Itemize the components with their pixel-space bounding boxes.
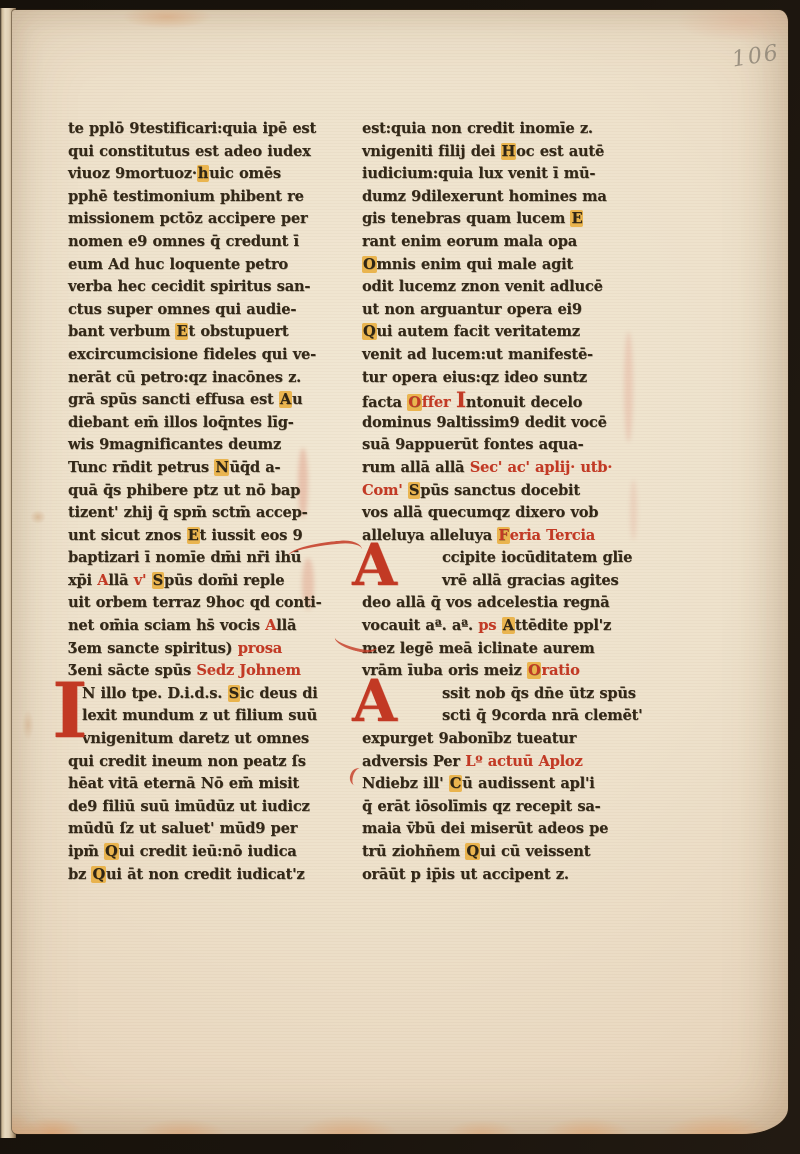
manuscript-page: 106 Ite pplō 9testificari:quia ipē estqu… <box>12 10 788 1134</box>
text-line: net om̄ia sciam hs̄ vocis Allā <box>68 615 328 638</box>
highlighted-capital: S <box>408 482 420 499</box>
text-segment: pūs sanctus docebit <box>420 482 580 499</box>
text-segment: ctus super omnes qui audie- <box>68 301 296 318</box>
highlighted-capital: h <box>197 165 209 182</box>
text-line: lexit mundum z ut filium suū <box>68 705 328 728</box>
text-line: baptizari ī nomīe dm̄i nr̄i ihū <box>68 547 328 570</box>
text-line: nomen e9 omnes q̄ credunt ī <box>68 231 328 254</box>
highlighted-rubric-capital: O <box>407 394 422 411</box>
text-segment: tur opera eius:qz ideo suntz <box>362 369 587 386</box>
text-line: vrām īuba oris meiz Oratio <box>362 660 638 683</box>
text-line: Tunc rn̄dit petrus Nūq̄d a- <box>68 457 328 480</box>
text-segment: vocauit aª. aª. <box>362 617 478 634</box>
rubric-text: ffer <box>422 394 456 411</box>
text-line: trū ziohn̄em Qui cū veissent <box>362 841 638 864</box>
rubric-text: ps <box>478 617 501 634</box>
text-line: viuoz 9mortuoz·huic omēs <box>68 163 328 186</box>
text-segment: quā q̄s phibere ptz ut nō bap <box>68 482 300 499</box>
text-segment: net om̄ia sciam hs̄ vocis <box>68 617 265 634</box>
text-segment: Ʒem sancte spiritus) <box>68 640 238 657</box>
text-line: quā q̄s phibere ptz ut nō bap <box>68 480 328 503</box>
highlighted-capital: O <box>362 256 377 273</box>
text-segment: baptizari ī nomīe dm̄i nr̄i ihū <box>68 549 301 566</box>
text-segment: mnis enim qui male agit <box>377 256 573 273</box>
text-line: N illo tpe. D.i.d.s. Sic deus di <box>68 683 328 706</box>
rubric-text: eria Tercia <box>510 527 595 544</box>
text-segment: tizent' zhij q̄ spm̄ sctm̄ accep- <box>68 504 307 521</box>
text-segment: Ʒeni sācte spūs <box>68 662 196 679</box>
rubric-text: A <box>97 572 108 589</box>
text-segment: vnigeniti filij dei <box>362 143 501 160</box>
highlighted-capital: C <box>449 775 462 792</box>
text-line: suā 9appuerūt fontes aqua- <box>362 434 638 457</box>
text-line: Ʒeni sācte spūs Sedz Johnem <box>68 660 328 683</box>
text-line: pphē testimonium phibent re <box>68 186 328 209</box>
scanned-manuscript-photo: { "page": { "folio_number": "106", "back… <box>0 0 800 1154</box>
text-segment: uic omēs <box>209 165 281 182</box>
text-line: mūdū ſz ut saluet' mūd9 per <box>68 818 328 841</box>
rubric-text: prosa <box>238 640 282 657</box>
text-line: diebant em̄ illos loq̄ntes līg- <box>68 412 328 435</box>
text-line: te pplō 9testificari:quia ipē est <box>68 118 328 141</box>
text-line: qui credit ineum non peatz ſs <box>68 751 328 774</box>
text-line: ut non arguantur opera ei9 <box>362 299 638 322</box>
text-segment: dominus 9altissim9 dedit vocē <box>362 414 607 431</box>
text-line: eum Ad huc loquente petro <box>68 254 328 277</box>
text-segment: rant enim eorum mala opa <box>362 233 577 250</box>
highlighted-capital: A <box>279 391 292 408</box>
text-line: alleluya alleluya Feria Tercia <box>362 525 638 548</box>
text-segment: vos allā quecumqz dixero vob <box>362 504 598 521</box>
text-line: vrē allā gracias agites <box>362 570 638 593</box>
highlighted-capital: E <box>187 527 200 544</box>
text-line: q̄ erāt iōsolīmis qz recepit sa- <box>362 796 638 819</box>
text-segment: mez legē meā iclinate aurem <box>362 640 595 657</box>
highlighted-capital: N <box>214 459 229 476</box>
text-line: unt sicut znos Et iussit eos 9 <box>68 525 328 548</box>
text-segment: nomen e9 omnes q̄ credunt ī <box>68 233 299 250</box>
text-segment: Tunc rn̄dit petrus <box>68 459 214 476</box>
text-segment: deo allā q̄ vos adcelestia regnā <box>362 594 609 611</box>
text-segment: oc est autē <box>516 143 604 160</box>
text-line: Ndiebz ill' Cū audissent apl'i <box>362 773 638 796</box>
text-line: iudicium:quia lux venit ī mū- <box>362 163 638 186</box>
text-line: xp̄i Allā v' Spūs dom̄i reple <box>68 570 328 593</box>
text-segment: mūdū ſz ut saluet' mūd9 per <box>68 820 297 837</box>
text-segment: hēat vitā eternā Nō em̄ misit <box>68 775 299 792</box>
text-line: gis tenebras quam lucem E <box>362 208 638 231</box>
rubric-text: Lº actuū Aploz <box>465 753 582 770</box>
rubric-text: ratio <box>541 662 579 679</box>
text-line: missionem pctōz accipere per <box>68 208 328 231</box>
text-line: orāūt p ip̄is ut accipent z. <box>362 864 638 887</box>
highlighted-capital: Q <box>465 843 480 860</box>
text-segment: ūq̄d a- <box>229 459 280 476</box>
text-segment: vrām īuba oris meiz <box>362 662 527 679</box>
text-segment: ui cū veissent <box>480 843 590 860</box>
text-line: nerāt cū petro:qz inacōnes z. <box>68 367 328 390</box>
text-segment: vnigenitum daretz ut omnes <box>82 730 309 747</box>
text-segment: grā spūs sancti effusa est <box>68 391 279 408</box>
text-segment: odit lucemz znon venit adlucē <box>362 278 603 295</box>
text-segment: dumz 9dilexerunt homines ma <box>362 188 607 205</box>
text-line: uit orbem terraz 9hoc qd conti- <box>68 592 328 615</box>
text-segment: u <box>292 391 302 408</box>
highlighted-capital: S <box>152 572 164 589</box>
text-segment: maia v̄bū dei miserūt adeos pe <box>362 820 608 837</box>
text-segment: diebant em̄ illos loq̄ntes līg- <box>68 414 294 431</box>
text-segment: excircumcisione fideles qui ve- <box>68 346 316 363</box>
text-column-left: Ite pplō 9testificari:quia ipē estqui co… <box>68 118 328 886</box>
highlighted-capital: A <box>502 617 515 634</box>
text-segment: alleluya alleluya <box>362 527 497 544</box>
stain-bottom-edge <box>12 1064 788 1134</box>
highlighted-capital: E <box>175 323 188 340</box>
text-segment: ui autem facit veritatemz <box>377 323 580 340</box>
text-segment: ssit nob q̄s dn̄e ūtz spūs <box>442 685 636 702</box>
text-line: Omnis enim qui male agit <box>362 254 638 277</box>
text-line: Com' Spūs sanctus docebit <box>362 480 638 503</box>
text-segment: te pplō 9testificari:quia ipē est <box>68 120 316 137</box>
text-line: de9 filiū suū imūdūz ut iudicz <box>68 796 328 819</box>
text-segment: ttēdite ppl'z <box>515 617 611 634</box>
text-segment: llā <box>108 572 133 589</box>
text-line: expurget 9abonībz tueatur <box>362 728 638 751</box>
text-segment: verba hec cecidit spiritus san- <box>68 278 310 295</box>
text-segment: ū audissent apl'i <box>462 775 594 792</box>
rubric-text: Sec' ac' aplij· utb· <box>470 459 612 476</box>
highlighted-capital: Q <box>104 843 119 860</box>
text-line: ipm̄ Qui credit ieū:nō iudica <box>68 841 328 864</box>
text-segment: ut non arguantur opera ei9 <box>362 301 582 318</box>
rubric-text: Sedz Johnem <box>196 662 300 679</box>
text-segment: scti q̄ 9corda nrā clemēt' <box>442 707 642 724</box>
highlighted-capital: Q <box>362 323 377 340</box>
text-line: wis 9magnificantes deumz <box>68 434 328 457</box>
text-line: bz Qui āt non credit iudicat'z <box>68 864 328 887</box>
text-segment: viuoz 9mortuoz· <box>68 165 197 182</box>
text-line: ssit nob q̄s dn̄e ūtz spūs <box>362 683 638 706</box>
text-segment: pphē testimonium phibent re <box>68 188 304 205</box>
text-line: deo allā q̄ vos adcelestia regnā <box>362 592 638 615</box>
text-segment: ipm̄ <box>68 843 104 860</box>
text-line: vnigeniti filij dei Hoc est autē <box>362 141 638 164</box>
text-line: qui constitutus est adeo iudex <box>68 141 328 164</box>
text-line: ccipite iocūditatem glīe <box>362 547 638 570</box>
text-segment: lexit mundum z ut filium suū <box>82 707 317 724</box>
text-line: dumz 9dilexerunt homines ma <box>362 186 638 209</box>
text-segment: vrē allā gracias agites <box>442 572 619 589</box>
text-segment: unt sicut znos <box>68 527 187 544</box>
text-line: hēat vitā eternā Nō em̄ misit <box>68 773 328 796</box>
text-segment: eum Ad huc loquente petro <box>68 256 288 273</box>
text-segment: Ndiebz ill' <box>362 775 449 792</box>
text-segment: adversis Per <box>362 753 465 770</box>
text-segment: pūs dom̄i reple <box>164 572 284 589</box>
highlighted-capital: E <box>570 210 583 227</box>
text-line: odit lucemz znon venit adlucē <box>362 276 638 299</box>
text-segment: xp̄i <box>68 572 97 589</box>
text-line: tur opera eius:qz ideo suntz <box>362 367 638 390</box>
text-segment: gis tenebras quam lucem <box>362 210 570 227</box>
highlighted-capital: Q <box>91 866 106 883</box>
text-line: facta Offer Intonuit decelo <box>362 389 638 412</box>
text-line: dominus 9altissim9 dedit vocē <box>362 412 638 435</box>
rubric-text: Com' <box>362 482 408 499</box>
text-line: mez legē meā iclinate aurem <box>362 638 638 661</box>
text-segment: ui āt non credit iudicat'z <box>106 866 305 883</box>
text-line: bant verbum Et obstupuert <box>68 321 328 344</box>
text-segment: ccipite iocūditatem glīe <box>442 549 632 566</box>
rubric-text: v' <box>134 572 152 589</box>
text-segment: N illo tpe. D.i.d.s. <box>82 685 228 702</box>
text-segment: est:quia non credit inomīe z. <box>362 120 593 137</box>
text-segment: bz <box>68 866 91 883</box>
text-column-right: AAest:quia non credit inomīe z.vnigeniti… <box>362 118 638 886</box>
highlighted-rubric-capital: O <box>527 662 542 679</box>
text-line: vocauit aª. aª. ps Attēdite ppl'z <box>362 615 638 638</box>
text-segment: qui constitutus est adeo iudex <box>68 143 311 160</box>
stain-top-left <box>107 10 227 44</box>
text-line: vos allā quecumqz dixero vob <box>362 502 638 525</box>
text-segment: iudicium:quia lux venit ī mū- <box>362 165 595 182</box>
text-line: Qui autem facit veritatemz <box>362 321 638 344</box>
text-line: vnigenitum daretz ut omnes <box>68 728 328 751</box>
text-segment: qui credit ineum non peatz ſs <box>68 753 306 770</box>
text-segment: llā <box>276 617 296 634</box>
text-line: rum allā allā Sec' ac' aplij· utb· <box>362 457 638 480</box>
text-segment: facta <box>362 394 407 411</box>
text-segment: missionem pctōz accipere per <box>68 210 307 227</box>
text-segment: orāūt p ip̄is ut accipent z. <box>362 866 569 883</box>
highlighted-capital: S <box>228 685 240 702</box>
text-segment: t iussit eos 9 <box>200 527 303 544</box>
text-line: venit ad lucem:ut manifestē- <box>362 344 638 367</box>
text-line: maia v̄bū dei miserūt adeos pe <box>362 818 638 841</box>
text-segment: nerāt cū petro:qz inacōnes z. <box>68 369 301 386</box>
text-segment: t obstupuert <box>188 323 288 340</box>
highlighted-rubric-capital: F <box>497 527 509 544</box>
text-segment: trū ziohn̄em <box>362 843 465 860</box>
stain-left-margin <box>30 510 46 524</box>
text-segment: wis 9magnificantes deumz <box>68 436 281 453</box>
folio-number: 106 <box>730 40 781 72</box>
text-segment: q̄ erāt iōsolīmis qz recepit sa- <box>362 798 600 815</box>
text-line: verba hec cecidit spiritus san- <box>68 276 328 299</box>
text-segment: ui credit ieū:nō iudica <box>119 843 297 860</box>
highlighted-capital: H <box>501 143 517 160</box>
text-segment: venit ad lucem:ut manifestē- <box>362 346 593 363</box>
stain-left-margin-2 <box>22 710 34 740</box>
text-line: rant enim eorum mala opa <box>362 231 638 254</box>
text-segment: bant verbum <box>68 323 175 340</box>
text-segment: suā 9appuerūt fontes aqua- <box>362 436 583 453</box>
text-line: ctus super omnes qui audie- <box>68 299 328 322</box>
text-line: excircumcisione fideles qui ve- <box>68 344 328 367</box>
text-segment: rum allā allā <box>362 459 470 476</box>
text-segment: uit orbem terraz 9hoc qd conti- <box>68 594 321 611</box>
text-line: grā spūs sancti effusa est Au <box>68 389 328 412</box>
rubric-text: A <box>265 617 276 634</box>
rubric-inline-initial: I <box>456 387 466 413</box>
text-segment: de9 filiū suū imūdūz ut iudicz <box>68 798 310 815</box>
text-line: adversis Per Lº actuū Aploz <box>362 751 638 774</box>
text-line: scti q̄ 9corda nrā clemēt' <box>362 705 638 728</box>
text-line: est:quia non credit inomīe z. <box>362 118 638 141</box>
text-line: Ʒem sancte spiritus) prosa <box>68 638 328 661</box>
text-segment: ic deus di <box>240 685 318 702</box>
text-segment: expurget 9abonībz tueatur <box>362 730 576 747</box>
text-line: tizent' zhij q̄ spm̄ sctm̄ accep- <box>68 502 328 525</box>
text-segment: ntonuit decelo <box>466 394 582 411</box>
